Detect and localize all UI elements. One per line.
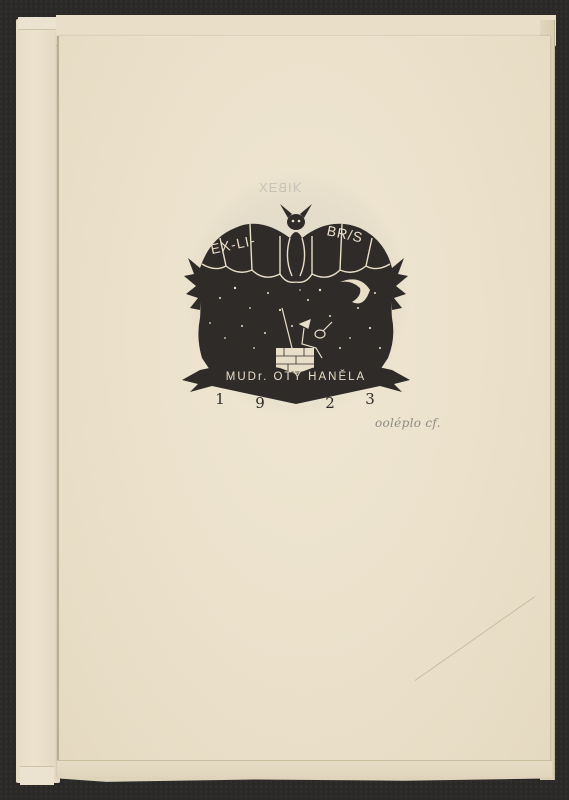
folded-edge-bottom <box>20 766 54 785</box>
bleed-through-text: ꓘIBƎX <box>258 180 301 196</box>
owner-name: MUDr. OTY HANĚLA <box>226 370 366 383</box>
year-digit-3: 2 <box>325 394 335 410</box>
year-digit-2: 9 <box>255 394 265 410</box>
bat-icon <box>274 204 318 230</box>
year-digit-1: 1 <box>215 390 225 408</box>
year-digit-4: 3 <box>365 390 375 408</box>
handwritten-note: ooléplo cf. <box>375 416 441 430</box>
folded-back-sheet <box>16 19 60 783</box>
page-bottom-edge <box>57 760 552 783</box>
folded-edge-top <box>18 17 58 30</box>
left-flame <box>184 258 200 310</box>
ex-libris-bookplate: EX-LI- BR/S <box>180 198 412 410</box>
right-flame <box>392 258 408 310</box>
